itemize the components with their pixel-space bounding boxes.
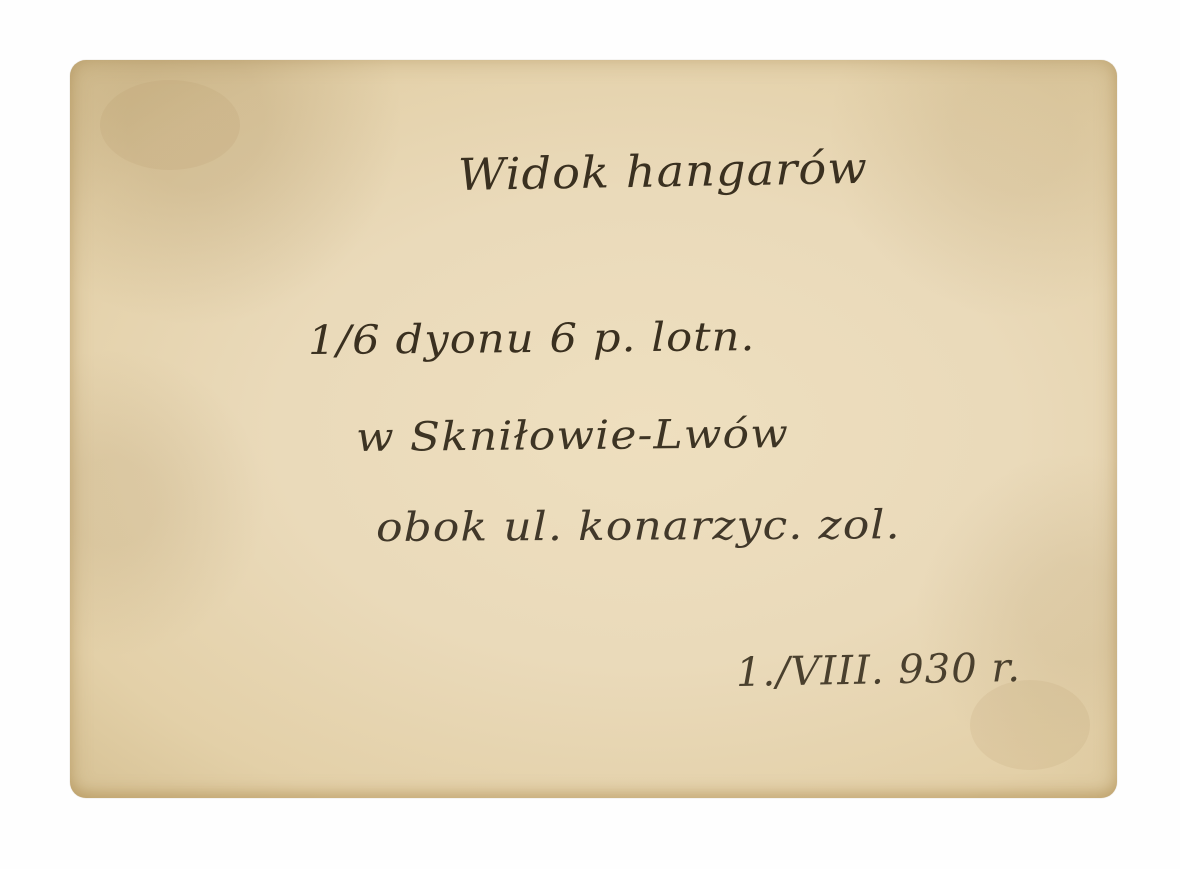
handwritten-location-line: w Skniłowie-Lwów: [356, 411, 789, 461]
card-back: Widok hangarów 1/6 dyonu 6 p. lotn. w Sk…: [70, 60, 1117, 798]
handwritten-detail-line: obok ul. konarzyc. zol.: [376, 502, 901, 551]
age-stain: [100, 80, 240, 170]
handwritten-unit-line: 1/6 dyonu 6 p. lotn.: [308, 314, 756, 364]
handwritten-title-line: Widok hangarów: [458, 143, 869, 201]
handwritten-date: 1./VIII. 930 r.: [736, 645, 1022, 696]
age-stain: [970, 680, 1090, 770]
scanned-card-page: Widok hangarów 1/6 dyonu 6 p. lotn. w Sk…: [0, 0, 1180, 869]
